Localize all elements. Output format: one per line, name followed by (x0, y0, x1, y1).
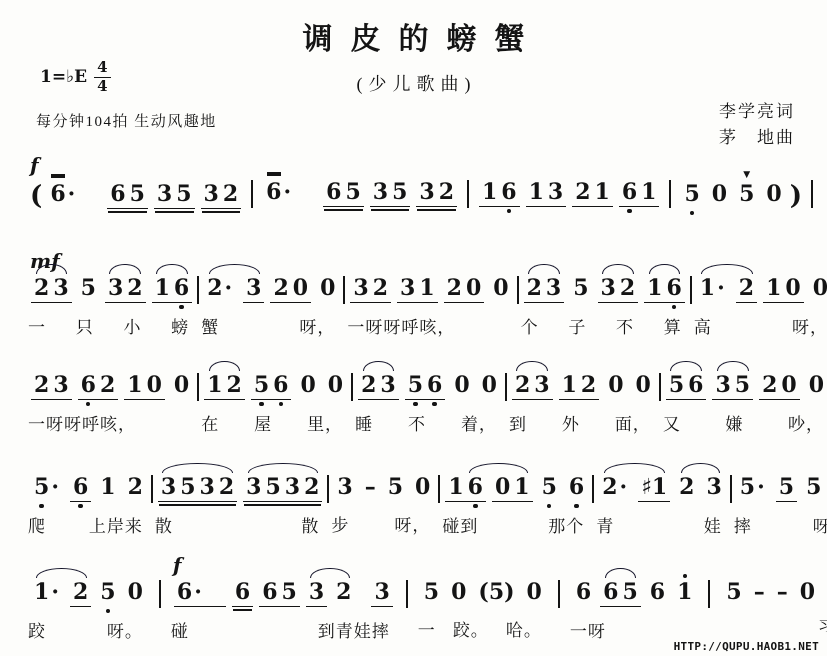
barline (811, 180, 813, 208)
note: 6 (666, 277, 681, 299)
slur-arc (36, 264, 68, 274)
beam-group: 20 (270, 277, 311, 303)
notes-row: 1·250 (26, 565, 151, 619)
slur-arc (209, 361, 241, 371)
lyric-segment: 一呀 (570, 617, 606, 642)
lyric-segment: 不 (408, 410, 426, 435)
note: 6 (81, 374, 96, 396)
beam-group: 20 (759, 374, 800, 400)
beam-group: 5 (723, 581, 744, 606)
rest-note: 0 (300, 374, 315, 396)
beam-group: 0 (524, 581, 545, 606)
lyric-segment: 步 (331, 511, 349, 536)
lyric-segment: 爬 (28, 512, 46, 537)
parenthesis: ( (30, 181, 42, 211)
measure: 6·653532 (258, 165, 462, 217)
beam-group: 35 (712, 374, 753, 400)
note: 1 (448, 476, 463, 498)
notes-row: f6·665323 (169, 565, 398, 619)
lyric-segment: 散 (155, 512, 173, 537)
beam-group: 16 (644, 277, 685, 303)
lyric-segment: 碰 (171, 617, 189, 642)
measure: f(6·653532 (26, 165, 246, 221)
lyric-segment: 高 (694, 313, 712, 338)
beam-group: 65 (107, 183, 148, 209)
beam-group: 65 (259, 581, 300, 607)
lyric-segment: 算 (664, 313, 682, 338)
note: 3 (706, 476, 721, 498)
note: 3 (400, 277, 415, 299)
slur-arc (469, 463, 528, 473)
music-system: mf2353216一只小螃2·3200蟹呀，3231200一呀呀呼咳，23532… (26, 261, 813, 338)
measure: 5·556摔呀摔 (732, 460, 827, 537)
beam-group: 6 (647, 581, 668, 606)
note: 2 (304, 476, 319, 498)
augmentation-dot: · (194, 581, 202, 603)
augmentation-dot: · (51, 476, 59, 498)
note: 2 (527, 277, 542, 299)
beam-group: 16 (445, 476, 486, 502)
parenthesis: ) (790, 181, 802, 211)
note: 5 (573, 277, 588, 299)
measure: 16132161 (474, 165, 665, 217)
rest-note: 0 (785, 277, 800, 299)
note: 5 (282, 581, 297, 603)
note: 3 (374, 581, 389, 603)
note: 6 (622, 181, 637, 203)
beam-group: 0 (125, 581, 146, 606)
notes-row: 5·612 (26, 460, 151, 514)
beam-group: 23 (524, 277, 565, 303)
beam-group: 2 (676, 476, 697, 501)
beam-group: – (774, 581, 791, 606)
lyric-segment: 在 (201, 410, 219, 435)
beam-group: 1 (674, 581, 695, 606)
note: 5 (388, 476, 403, 498)
rest-note: 0 (320, 277, 335, 299)
measure: 125600在屋里， (199, 358, 351, 435)
beam-group: 2 (736, 277, 757, 303)
note: 5 (669, 374, 684, 396)
beam-group: 23 (358, 374, 399, 400)
beam-group: 0 (479, 374, 500, 399)
note: 2 (439, 181, 454, 203)
note: 6 (576, 581, 591, 603)
note: 3 (309, 581, 324, 603)
beam-group: – (751, 581, 768, 606)
beam-group: 0 (490, 277, 511, 302)
note: 6 (50, 183, 65, 205)
lyric-segment: 个 (521, 313, 539, 338)
beam-group: 5 (97, 581, 118, 606)
beam-group: 31 (397, 277, 438, 303)
note: 3 (546, 277, 561, 299)
beam-group: 65 (323, 181, 364, 207)
notes-row: 235600 (353, 358, 505, 412)
beam-group: 6 (232, 581, 253, 607)
note: 1 (127, 374, 142, 396)
lyric-segment: 子 (568, 313, 586, 338)
note: 5 (176, 183, 191, 205)
notes-row: 3231200 (345, 261, 516, 315)
rest-note: 0 (527, 581, 542, 603)
beam-group: 0 (171, 374, 192, 399)
note: 6 (262, 581, 277, 603)
note: 3 (285, 476, 300, 498)
beam-group: 32 (598, 277, 639, 303)
note: 3 (53, 277, 68, 299)
note: 2 (73, 581, 88, 603)
beam-group: 32 (105, 277, 146, 303)
lyric-segment: 睡 (355, 410, 373, 435)
lyric-segment: 一呀呀呼咳， (28, 410, 136, 435)
lyric-segment: 青 (596, 512, 614, 537)
beam-group: 3 (334, 476, 355, 501)
note: 2 (219, 476, 234, 498)
measure: 2353216个子不算 (519, 261, 690, 338)
note: 3 (200, 476, 215, 498)
note: 2 (679, 476, 694, 498)
note: 2 (128, 476, 143, 498)
notes-row: 2·♯123 (594, 460, 730, 514)
beam-group: 6 (70, 476, 91, 502)
note: 1 (419, 277, 434, 299)
note: 3 (601, 277, 616, 299)
note: 1 (677, 581, 692, 603)
beam-group: 5· (737, 476, 770, 501)
note: 3 (548, 181, 563, 203)
lyric-row: 跤呀。 (26, 617, 151, 642)
measure: 50(5)0一跤。哈。 (416, 565, 550, 641)
notes-row: 16132161 (474, 165, 665, 219)
music-system: f(6·6535326·653532161321615050) (26, 165, 813, 221)
lyric-segment: 呀。 (107, 617, 143, 642)
lyric-row: 一呀呀呼咳， (345, 313, 516, 338)
measure: 5––0 (718, 565, 823, 616)
beam-group: 6· (263, 181, 296, 206)
beam-group: 12 (559, 374, 600, 400)
note: 2 (34, 374, 49, 396)
dynamic-marking: f (30, 153, 39, 177)
notes-row: 5635200 (661, 358, 827, 412)
lyric-segment: 不 (616, 313, 634, 338)
lyric-segment: 面， (615, 410, 651, 435)
augmentation-dot: · (68, 183, 76, 205)
beam-group: 0 (633, 374, 654, 399)
dynamic-marking: f (173, 553, 182, 577)
augmentation-dot: · (717, 277, 725, 299)
measure: f6·665323碰到青娃摔 (169, 565, 398, 642)
beam-group: 6 (573, 581, 594, 606)
note: 2 (762, 374, 777, 396)
note: (5) (478, 581, 514, 603)
note: 2 (575, 181, 590, 203)
note: 1 (562, 374, 577, 396)
beam-group: 0 (605, 374, 626, 399)
lyric-row: 又嫌吵， (661, 410, 827, 435)
note: 5 (684, 183, 699, 205)
beam-group: 5 (803, 476, 824, 501)
slur-arc (156, 264, 188, 274)
lyric-segment: 着， (461, 410, 497, 435)
slur-arc (363, 361, 395, 371)
lyric-segment: 到青娃摔 (318, 617, 390, 642)
beam-group: 2· (599, 476, 632, 501)
note: 5 (100, 581, 115, 603)
beam-group: 5· (31, 476, 64, 501)
measure: 66561一呀 (568, 565, 701, 642)
note: 2 (515, 374, 530, 396)
lyric-segment: 吵， (788, 410, 824, 435)
note: 6 (273, 374, 288, 396)
slur-arc (649, 264, 681, 274)
lyric-segment: 呀， (792, 313, 827, 338)
notes-row: 6·653532 (258, 165, 462, 219)
measure: 3231200一呀呀呼咳， (345, 261, 516, 338)
note: 6 (73, 476, 88, 498)
beam-group: 5 (736, 183, 757, 208)
notes-row: mf2353216 (26, 261, 197, 315)
lyric-segment: 呀， (394, 511, 430, 536)
slur-arc (516, 361, 548, 371)
lyric-segment: 里， (307, 410, 343, 435)
notes-row: 66561 (568, 565, 701, 619)
beam-group: 65 (600, 581, 641, 607)
rest-note: 0 (328, 374, 343, 396)
notes-row: 3–50 (329, 460, 438, 513)
duration-dash: – (365, 476, 376, 498)
beam-group: 0 (448, 581, 469, 606)
lyric-row: 一呀 (568, 617, 701, 642)
note: 5 (81, 277, 96, 299)
note: 1 (207, 374, 222, 396)
note: 5 (408, 374, 423, 396)
note: 3 (53, 374, 68, 396)
note: 2 (620, 277, 635, 299)
barline (708, 580, 710, 608)
beam-group: 32 (350, 277, 391, 303)
beam-group: 5 (78, 277, 99, 302)
slur-arc (681, 463, 721, 473)
lyric-row: 一只小螃 (26, 313, 197, 338)
note: 2 (100, 374, 115, 396)
note: 3 (419, 181, 434, 203)
notes-row: 160156 (440, 460, 592, 514)
beam-group: 2· (204, 277, 237, 302)
note: 2 (273, 277, 288, 299)
beam-group: 56 (405, 374, 446, 400)
note: 1 (482, 181, 497, 203)
note: 6 (177, 581, 192, 603)
rest-note: 0 (636, 374, 651, 396)
note: 5 (424, 581, 439, 603)
beam-group: 21 (572, 181, 613, 207)
note: 2 (602, 476, 617, 498)
lyric-segment: 小 (123, 313, 141, 338)
beam-group: 2 (333, 581, 354, 606)
beam-group: 0 (325, 374, 346, 399)
beam-group: 10 (763, 277, 804, 303)
notes-row: 5––0 (718, 565, 823, 618)
slur-arc (209, 264, 260, 274)
beam-group: 3 (243, 277, 264, 303)
beam-group: 23 (31, 374, 72, 400)
duration-dash: – (777, 581, 788, 603)
lyric-row: 睡不着， (353, 410, 505, 435)
slur-arc (670, 361, 702, 371)
beam-group: – (362, 476, 379, 501)
score: f(6·6535326·653532161321615050)mf2353216… (26, 0, 813, 656)
beam-group: 5 (421, 581, 442, 606)
lyric-segment: 跤。 (453, 616, 489, 641)
lyric-segment: 娃 (704, 512, 722, 537)
beam-group: 0 (297, 374, 318, 399)
beam-group: 3 (703, 476, 724, 501)
note: 5 (265, 476, 280, 498)
measure: 235600睡不着， (353, 358, 505, 435)
rest-note: 0 (766, 183, 781, 205)
note: 6 (235, 581, 250, 603)
slur-arc (162, 463, 232, 473)
slur-arc (605, 568, 637, 578)
slur-arc (528, 264, 560, 274)
beam-group: 5 (570, 277, 591, 302)
beam-group: 3 (306, 581, 327, 607)
lyric-row: 碰到青娃摔 (169, 617, 398, 642)
rest-note: 0 (466, 277, 481, 299)
lyric-segment: 摔 (734, 512, 752, 537)
augmentation-dot: · (757, 476, 765, 498)
beam-group: 0 (763, 183, 784, 208)
beam-group: 0 (317, 277, 338, 302)
barline (251, 180, 253, 208)
notes-row: 5050) (676, 165, 806, 223)
lyric-segment: 碰到 (442, 512, 478, 537)
note: 1 (514, 476, 529, 498)
note: 6 (468, 476, 483, 498)
beam-group: 35 (370, 181, 411, 207)
note: 6 (110, 183, 125, 205)
note: 1 (100, 476, 115, 498)
notes-row: 1·2100 (692, 261, 827, 315)
lyric-row: 在屋里， (199, 410, 351, 435)
measure: 2·♯123青娃 (594, 460, 730, 537)
watermark-url: HTTP://QUPU.HAOB1.NET (674, 640, 819, 653)
augmentation-dot: · (51, 581, 59, 603)
beam-group: 62 (78, 374, 119, 400)
beam-group: 32 (416, 181, 457, 207)
note: 5 (180, 476, 195, 498)
lyric-segment: 哈。 (506, 616, 542, 641)
beam-group: 1 (97, 476, 118, 501)
beam-group: 3532 (243, 476, 322, 502)
beam-group: 0 (709, 183, 730, 208)
note: 3 (534, 374, 549, 396)
note: 5 (542, 476, 557, 498)
note: 1 (595, 181, 610, 203)
lyric-segment: 那个 (548, 512, 584, 537)
note: 2 (207, 277, 222, 299)
lyric-segment: 一 (418, 616, 436, 641)
note: 6 (174, 277, 189, 299)
notes-row: 231200 (507, 358, 659, 412)
beam-group: 16 (479, 181, 520, 207)
rest-note: 0 (809, 374, 824, 396)
lyric-row: 青娃 (594, 512, 730, 537)
rest-note: 0 (128, 581, 143, 603)
rest-note: 0 (493, 277, 508, 299)
note: 6 (688, 374, 703, 396)
rest-note: 0 (712, 183, 727, 205)
beam-group: 2 (70, 581, 91, 607)
beam-group: 10 (124, 374, 165, 400)
beam-group: 23 (31, 277, 72, 303)
measure: 1·2100高呀， (692, 261, 827, 338)
notes-row: 35323532 (153, 460, 328, 514)
notes-row: 2·3200 (199, 261, 343, 315)
lyric-row: 散散 (153, 512, 328, 537)
measure: 35323532散散 (153, 460, 328, 537)
barline (467, 180, 469, 208)
beam-group: 2 (125, 476, 146, 501)
beam-group: 12 (204, 374, 245, 400)
rest-note: 0 (813, 277, 827, 299)
note: 3 (373, 181, 388, 203)
measure: 160156碰到那个 (440, 460, 592, 537)
note: 3 (337, 476, 352, 498)
beam-group: 5 (776, 476, 797, 502)
lyric-segment: 外 (562, 410, 580, 435)
note: 5 (345, 181, 360, 203)
note: 3 (246, 476, 261, 498)
music-system: 2362100一呀呀呼咳，125600在屋里，235600睡不着，231200到… (26, 358, 813, 435)
barline (669, 180, 671, 208)
measure: 5635200又嫌吵， (661, 358, 827, 435)
note: 6 (427, 374, 442, 396)
lyric-segment: 呀， (299, 313, 335, 338)
note: 3 (246, 277, 261, 299)
beam-group: 23 (512, 374, 553, 400)
beam-group: 0 (806, 374, 827, 399)
note: 1 (34, 581, 49, 603)
note: 1 (155, 277, 170, 299)
beam-group: 35 (154, 183, 195, 209)
lyric-row: 爬上岸来 (26, 512, 151, 537)
note: 2 (361, 374, 376, 396)
beam-group: 6· (174, 581, 226, 607)
beam-group: ♯1 (638, 476, 670, 502)
rest-note: 0 (800, 581, 815, 603)
note: 6 (266, 181, 281, 203)
beam-group: 56 (251, 374, 292, 400)
barline (159, 580, 161, 608)
barline (558, 580, 560, 608)
lyric-segment: 上岸来 (89, 512, 143, 537)
notes-row: 5·556 (732, 460, 827, 514)
music-system: 1·250跤呀。f6·665323碰到青娃摔50(5)0一跤。哈。66561一呀… (26, 565, 813, 642)
note: 2 (227, 374, 242, 396)
rest-note: 0 (174, 374, 189, 396)
note: 1 (529, 181, 544, 203)
note: 5 (622, 581, 637, 603)
note: 3 (108, 277, 123, 299)
measure: 2362100一呀呀呼咳， (26, 358, 197, 435)
beam-group: 20 (444, 277, 485, 303)
lyric-segment: 呀摔 (813, 512, 827, 537)
note: 2 (34, 277, 49, 299)
slur-arc (310, 568, 350, 578)
note: 1 (641, 181, 656, 203)
